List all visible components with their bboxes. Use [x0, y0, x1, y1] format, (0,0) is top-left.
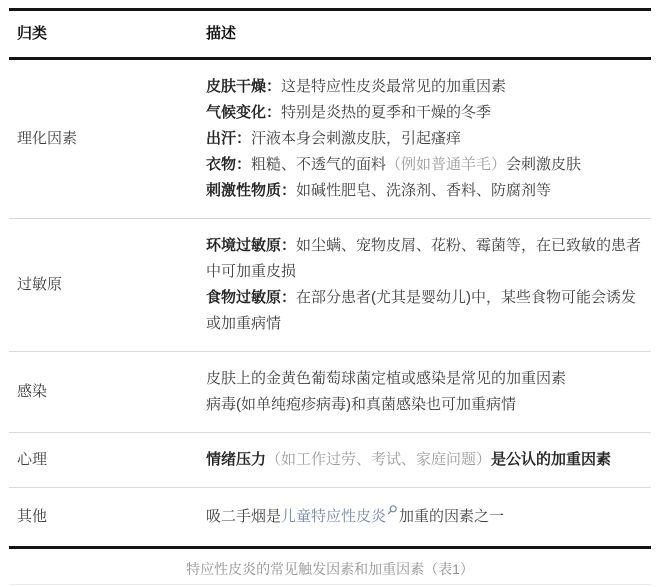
- term-label: 食物过敏原：: [206, 289, 296, 306]
- term-text-muted: （例如普通羊毛）: [386, 156, 506, 173]
- category-cell: 过敏原: [9, 274, 206, 296]
- term-label: 出汗：: [206, 130, 251, 147]
- table-row-physical-chemical: 理化因素 皮肤干燥：这是特应性皮炎最常见的加重因素 气候变化：特别是炎热的夏季和…: [9, 60, 651, 219]
- term-label: 环境过敏原：: [206, 237, 296, 254]
- bottom-divider: [9, 584, 651, 585]
- description-line: 皮肤上的金黄色葡萄球菌定植或感染是常见的加重因素: [206, 366, 649, 392]
- description-line: 皮肤干燥：这是特应性皮炎最常见的加重因素: [206, 74, 649, 100]
- description-line: 吸二手烟是儿童特应性皮炎加重的因素之一: [206, 504, 649, 530]
- description-line: 衣物：粗糙、不透气的面料（例如普通羊毛）会刺激皮肤: [206, 152, 649, 178]
- term-text: 粗糙、不透气的面料: [251, 156, 386, 173]
- column-header-category: 归类: [9, 24, 206, 44]
- term-label: 衣物：: [206, 156, 251, 173]
- description-line: 刺激性物质：如碱性肥皂、洗涤剂、香料、防腐剂等: [206, 178, 649, 204]
- term-label: 情绪压力: [206, 451, 266, 468]
- search-icon[interactable]: [387, 504, 398, 515]
- column-header-description: 描述: [206, 24, 651, 44]
- category-cell: 心理: [9, 449, 206, 471]
- term-text: 如碱性肥皂、洗涤剂、香料、防腐剂等: [296, 182, 551, 199]
- term-text-bold: 是公认的加重因素: [491, 451, 611, 468]
- description-cell: 环境过敏原：如尘螨、宠物皮屑、花粉、霉菌等，在已致敏的患者中可加重皮损 食物过敏…: [206, 233, 651, 337]
- description-line: 环境过敏原：如尘螨、宠物皮屑、花粉、霉菌等，在已致敏的患者中可加重皮损: [206, 233, 649, 285]
- table-page: 归类 描述 理化因素 皮肤干燥：这是特应性皮炎最常见的加重因素 气候变化：特别是…: [0, 0, 660, 585]
- category-cell: 其他: [9, 506, 206, 528]
- term-label: 气候变化：: [206, 104, 281, 121]
- term-text: 这是特应性皮炎最常见的加重因素: [281, 78, 506, 95]
- table-header-row: 归类 描述: [9, 11, 651, 60]
- table-caption: 特应性皮炎的常见触发因素和加重因素（表1）: [9, 549, 651, 584]
- description-cell: 皮肤干燥：这是特应性皮炎最常见的加重因素 气候变化：特别是炎热的夏季和干燥的冬季…: [206, 74, 651, 204]
- term-text: 吸二手烟是: [206, 508, 281, 525]
- term-label: 刺激性物质：: [206, 182, 296, 199]
- description-line: 食物过敏原：在部分患者(尤其是婴幼儿)中，某些食物可能会诱发或加重病情: [206, 285, 649, 337]
- term-label: 皮肤干燥：: [206, 78, 281, 95]
- table-row-allergen: 过敏原 环境过敏原：如尘螨、宠物皮屑、花粉、霉菌等，在已致敏的患者中可加重皮损 …: [9, 219, 651, 352]
- table-row-other: 其他 吸二手烟是儿童特应性皮炎加重的因素之一: [9, 488, 651, 549]
- table-row-psychological: 心理 情绪压力（如工作过劳、考试、家庭问题）是公认的加重因素: [9, 433, 651, 488]
- triggers-table: 归类 描述 理化因素 皮肤干燥：这是特应性皮炎最常见的加重因素 气候变化：特别是…: [9, 8, 651, 549]
- description-line: 情绪压力（如工作过劳、考试、家庭问题）是公认的加重因素: [206, 447, 649, 473]
- child-atopic-dermatitis-link[interactable]: 儿童特应性皮炎: [281, 508, 386, 525]
- description-line: 气候变化：特别是炎热的夏季和干燥的冬季: [206, 100, 649, 126]
- category-cell: 理化因素: [9, 128, 206, 150]
- description-cell: 吸二手烟是儿童特应性皮炎加重的因素之一: [206, 504, 651, 530]
- term-text: 会刺激皮肤: [506, 156, 581, 173]
- description-cell: 皮肤上的金黄色葡萄球菌定植或感染是常见的加重因素 病毒(如单纯疱疹病毒)和真菌感…: [206, 366, 651, 418]
- table-row-infection: 感染 皮肤上的金黄色葡萄球菌定植或感染是常见的加重因素 病毒(如单纯疱疹病毒)和…: [9, 352, 651, 433]
- description-line: 出汗：汗液本身会刺激皮肤，引起瘙痒: [206, 126, 649, 152]
- category-cell: 感染: [9, 381, 206, 403]
- description-line: 病毒(如单纯疱疹病毒)和真菌感染也可加重病情: [206, 392, 649, 418]
- description-cell: 情绪压力（如工作过劳、考试、家庭问题）是公认的加重因素: [206, 447, 651, 473]
- term-text: 加重的因素之一: [399, 508, 504, 525]
- term-text: 汗液本身会刺激皮肤，引起瘙痒: [251, 130, 461, 147]
- term-text-muted: （如工作过劳、考试、家庭问题）: [266, 451, 491, 468]
- term-text: 特别是炎热的夏季和干燥的冬季: [281, 104, 491, 121]
